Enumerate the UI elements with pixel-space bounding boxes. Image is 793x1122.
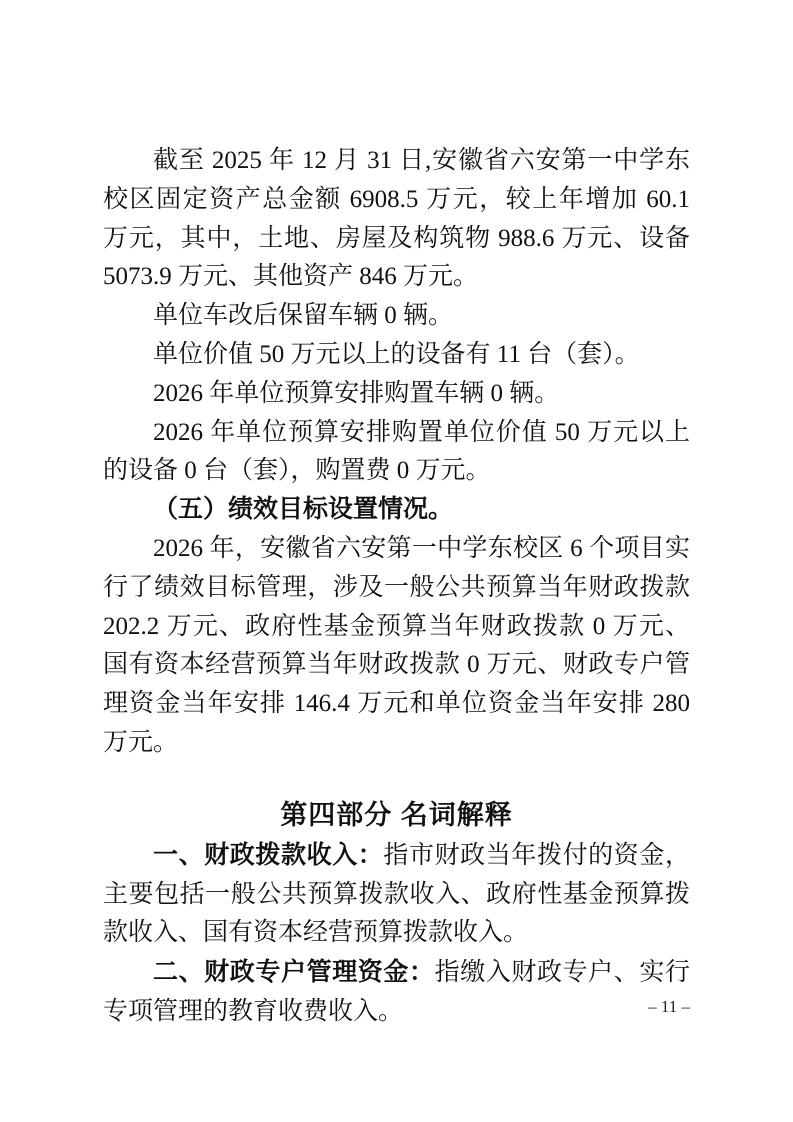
paragraph-equipment-over-50w: 单位价值 50 万元以上的设备有 11 台（套）。 (103, 336, 690, 375)
page-number: – 11 – (648, 996, 690, 1018)
paragraph-2026-equipment-purchase: 2026 年单位预算安排购置单位价值 50 万元以上的设备 0 台（套），购置费… (103, 414, 690, 492)
definition-item-2: 二、财政专户管理资金：指缴入财政专户、实行专项管理的教育收费收入。 (103, 953, 690, 1032)
subheading-performance-targets: （五）绩效目标设置情况。 (103, 491, 690, 530)
definition-term-special-account-funds: 二、财政专户管理资金： (153, 958, 435, 986)
document-page: 截至 2025 年 12 月 31 日,安徽省六安第一中学东校区固定资产总金额 … (0, 0, 793, 1122)
paragraph-fixed-assets: 截至 2025 年 12 月 31 日,安徽省六安第一中学东校区固定资产总金额 … (103, 142, 690, 297)
section-title-part4-glossary: 第四部分 名词解释 (103, 794, 690, 836)
definition-term-fiscal-appropriation-income: 一、财政拨款收入： (153, 841, 383, 869)
definition-item-1: 一、财政拨款收入：指市财政当年拨付的资金，主要包括一般公共预算拨款收入、政府性基… (103, 836, 690, 953)
paragraph-performance-target-details: 2026 年，安徽省六安第一中学东校区 6 个项目实行了绩效目标管理，涉及一般公… (103, 530, 690, 763)
paragraph-retained-vehicles: 单位车改后保留车辆 0 辆。 (103, 297, 690, 336)
paragraph-2026-vehicle-purchase: 2026 年单位预算安排购置车辆 0 辆。 (103, 375, 690, 414)
